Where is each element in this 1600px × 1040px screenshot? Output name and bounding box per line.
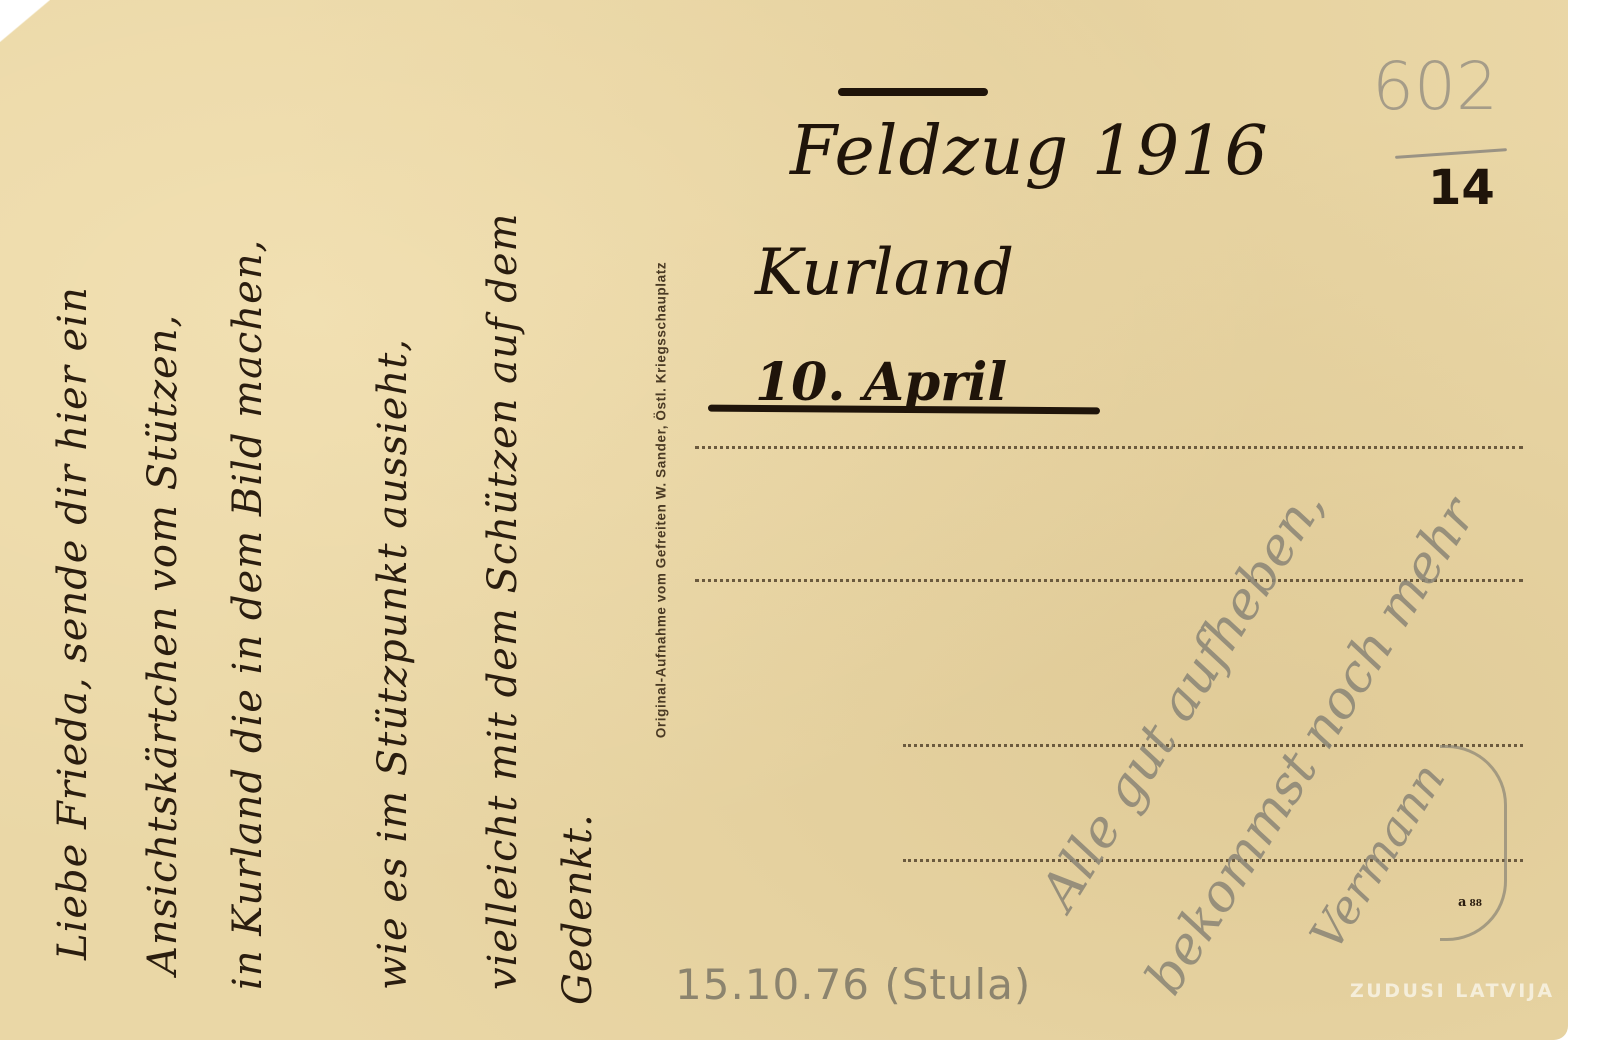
printer-code-number: 88: [1469, 899, 1482, 909]
archive-divider: [1395, 148, 1507, 159]
signature-flourish: [1440, 745, 1507, 941]
printed-photo-credit: Original-Aufnahme vom Gefreiten W. Sande…: [654, 262, 669, 738]
printer-code: a88: [1458, 895, 1482, 910]
letter-line: vielleicht mit dem Schützen auf dem: [480, 213, 526, 990]
heading-location: Kurland: [755, 236, 1014, 310]
letter-line: Ansichtskärtchen vom Stützen,: [140, 314, 186, 975]
watermark: zudusi latvija: [1350, 980, 1555, 1002]
address-line-3: [903, 744, 1523, 747]
letter-line: wie es im Stützpunkt aussieht,: [370, 338, 416, 990]
archive-sub-number: 14: [1428, 160, 1495, 216]
address-line-1: [695, 446, 1523, 449]
printer-code-letter: a: [1458, 895, 1466, 910]
archive-number: 602: [1372, 48, 1498, 125]
heading-flourish: [838, 88, 988, 96]
torn-corner: [0, 0, 50, 42]
letter-line: Gedenkt.: [555, 813, 601, 1005]
heading-date: 10. April: [755, 352, 1007, 413]
pencil-note-line: Alle gut aufheben,: [1029, 477, 1337, 920]
letter-line: Liebe Frieda, sende dir hier ein: [50, 286, 96, 960]
letter-line: in Kurland die in dem Bild machen,: [225, 239, 271, 990]
scan-margin: [1568, 0, 1600, 1040]
postcard-back: Original-Aufnahme vom Gefreiten W. Sande…: [0, 0, 1568, 1040]
pencil-archive-date: 15.10.76 (Stula): [675, 960, 1031, 1009]
heading-campaign-year: Feldzug 1916: [790, 112, 1269, 191]
